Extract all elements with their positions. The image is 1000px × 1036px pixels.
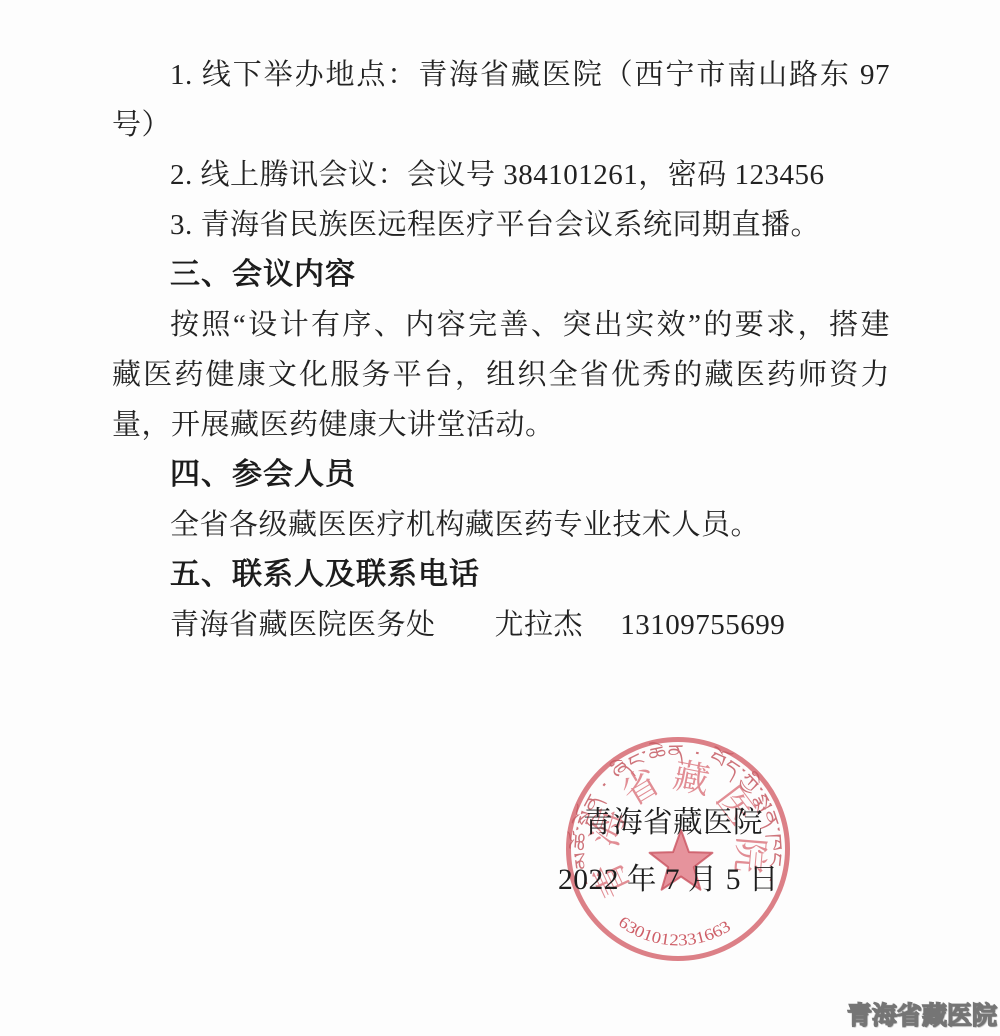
watermark-logo: 青海省藏医院 — [847, 996, 997, 1032]
text-line: 3. 青海省民族医远程医疗平台会议系统同期直播。 — [112, 200, 890, 250]
text-line: 藏医药健康文化服务平台，组织全省优秀的藏医药师资力 — [112, 350, 890, 400]
text-line: 量，开展藏医药健康大讲堂活动。 — [112, 400, 890, 450]
section-heading: 五、联系人及联系电话 — [112, 550, 890, 600]
text-line: 全省各级藏医医疗机构藏医药专业技术人员。 — [112, 500, 890, 550]
signature-hospital-name: 青海省藏医院 — [583, 799, 763, 841]
official-seal: · མཚོ་སྔོན · ཞིང་ཆེན · བོད་ཀྱི་སྨན་ཁང · … — [555, 722, 805, 972]
document-body: 1. 线下举办地点：青海省藏医院（西宁市南山路东 97号）2. 线上腾讯会议：会… — [112, 50, 890, 650]
text-line: 青海省藏医院医务处 尤拉杰 13109755699 — [112, 600, 890, 650]
section-heading: 四、参会人员 — [112, 450, 890, 500]
text-line: 2. 线上腾讯会议：会议号 384101261，密码 123456 — [112, 150, 890, 200]
signature-date: 2022 年 7 月 5 日 — [558, 856, 779, 898]
document-page: 1. 线下举办地点：青海省藏医院（西宁市南山路东 97号）2. 线上腾讯会议：会… — [0, 0, 1000, 1036]
text-line: 1. 线下举办地点：青海省藏医院（西宁市南山路东 97 — [112, 50, 890, 100]
seal-serial-number: 6301012331663 — [615, 912, 734, 949]
text-line: 按照“设计有序、内容完善、突出实效”的要求，搭建 — [112, 300, 890, 350]
section-heading: 三、会议内容 — [112, 250, 890, 300]
text-line: 号） — [112, 100, 890, 150]
